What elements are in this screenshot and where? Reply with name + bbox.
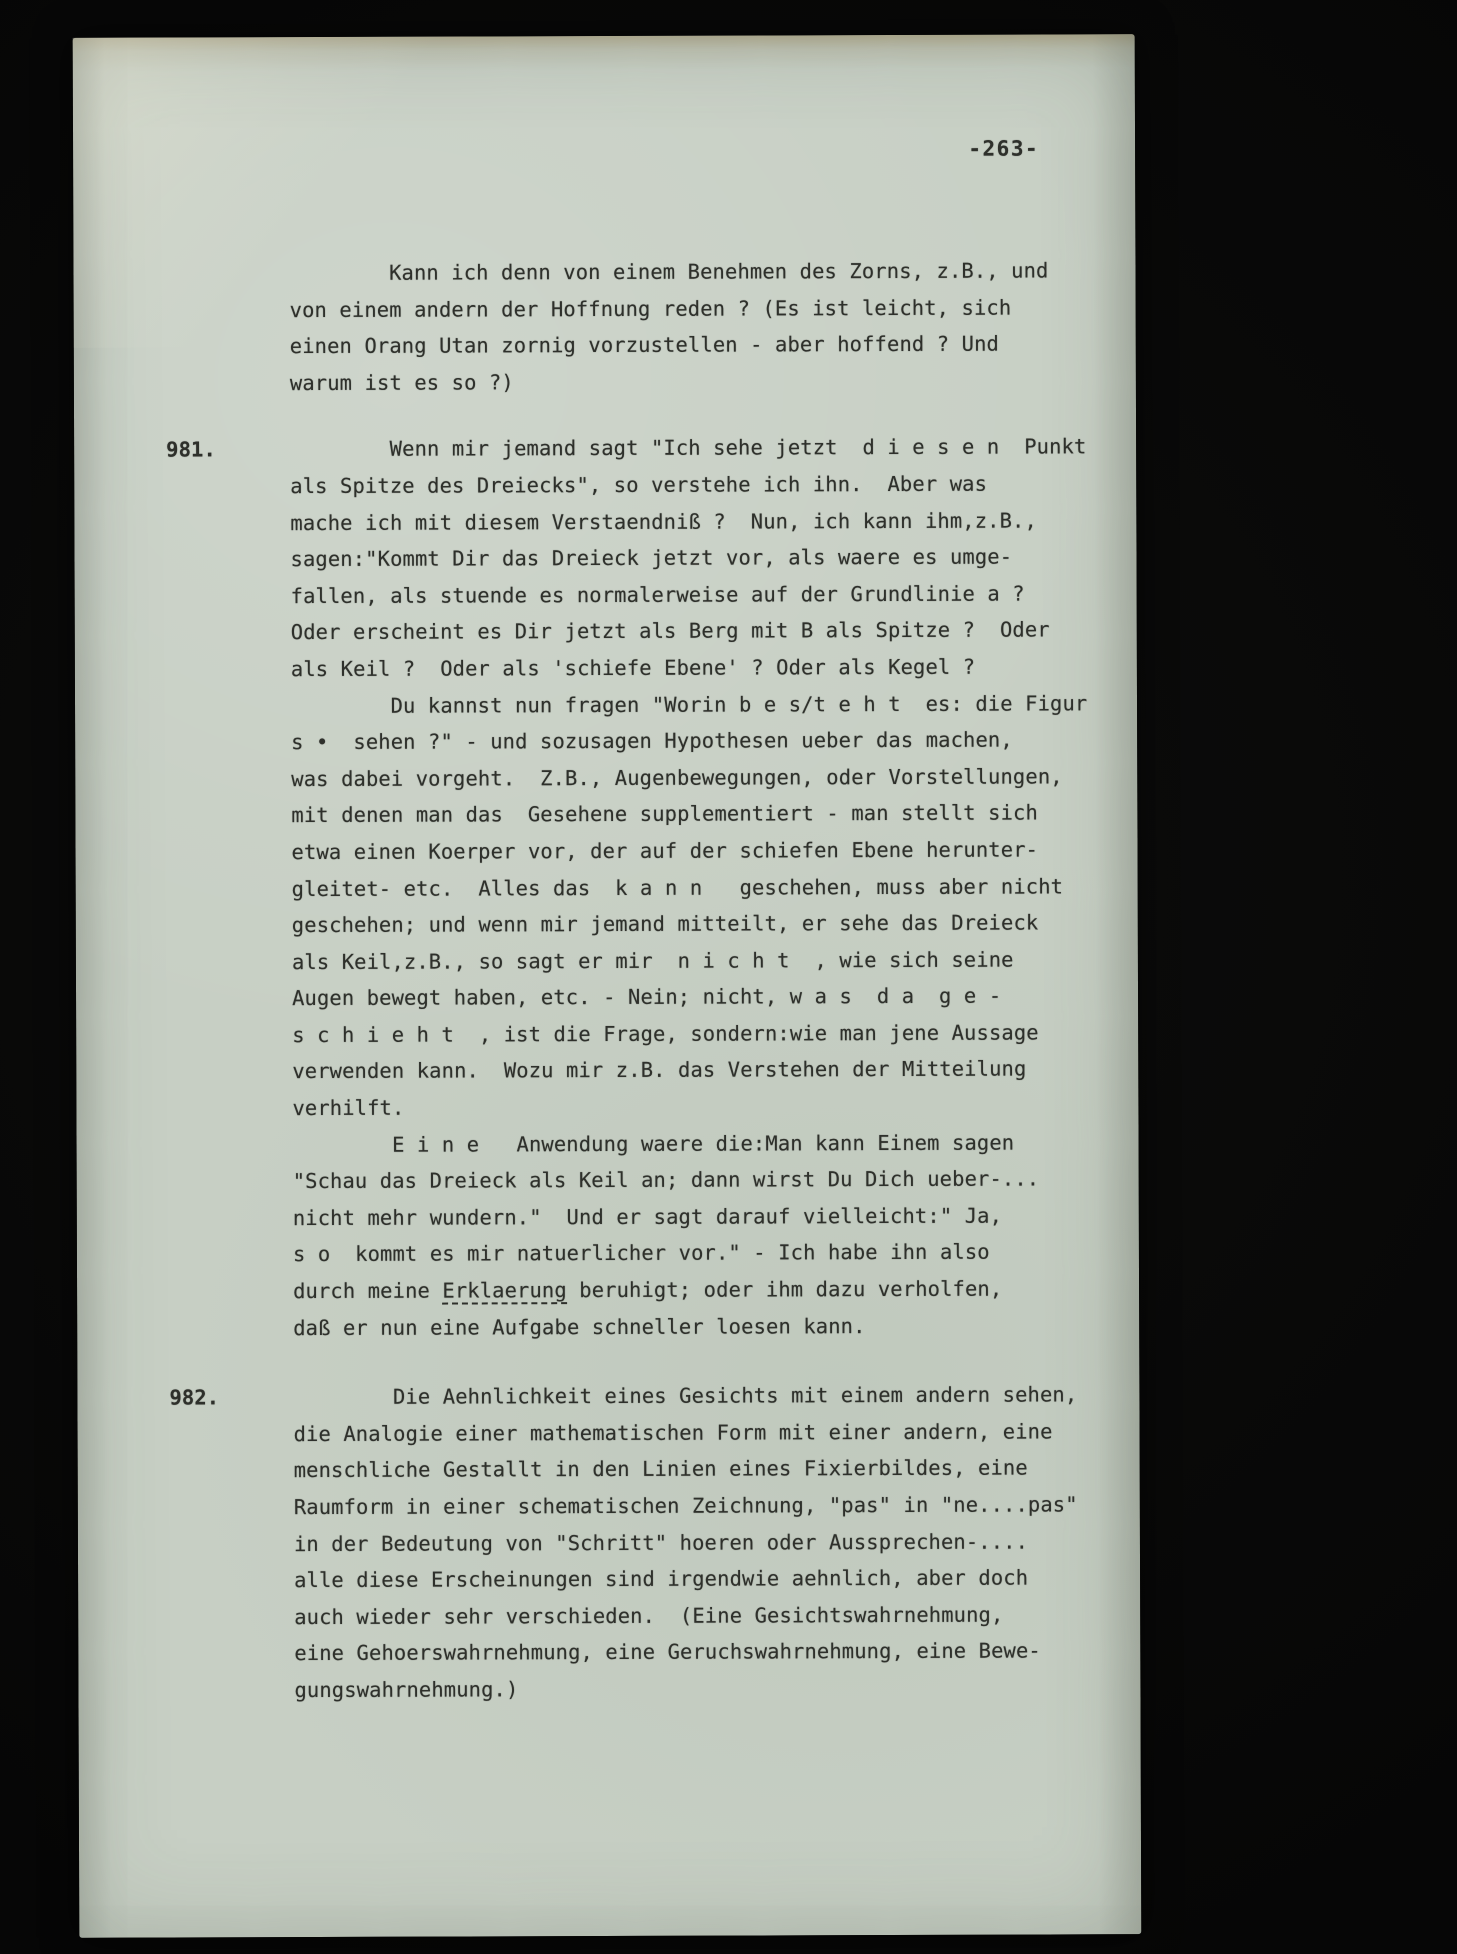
text-line: mache ich mit diesem Verstaendniß ? Nun,… — [290, 502, 1090, 541]
text-line: gungswahrnehmung.) — [294, 1669, 1094, 1708]
paragraph-block: Kann ich denn von einem Benehmen des Zor… — [289, 252, 1090, 401]
text-line: durch meine Erklaerung beruhigt; oder ih… — [293, 1270, 1093, 1309]
text-line: mit denen man das Gesehene supplementier… — [291, 795, 1091, 834]
text-line: was dabei vorgeht. Z.B., Augenbewegungen… — [291, 758, 1091, 797]
text-line: eine Gehoerswahrnehmung, eine Geruchswah… — [294, 1633, 1094, 1672]
text-line: als Keil ? Oder als 'schiefe Ebene' ? Od… — [291, 648, 1091, 687]
text-line: Wenn mir jemand sagt "Ich sehe jetzt d i… — [290, 429, 1090, 468]
paragraph-block-981: 981. Wenn mir jemand sagt "Ich sehe jetz… — [290, 429, 1093, 1347]
text-line: einen Orang Utan zornig vorzustellen - a… — [290, 325, 1090, 364]
text-line: etwa einen Koerper vor, der auf der schi… — [291, 831, 1091, 870]
text-line: Du kannst nun fragen "Worin b e s/t e h … — [291, 685, 1091, 724]
text-line: Die Aehnlichkeit eines Gesichts mit eine… — [293, 1377, 1093, 1416]
text-line: von einem andern der Hoffnung reden ? (E… — [290, 289, 1090, 328]
text-line: s o kommt es mir natuerlicher vor." - Ic… — [293, 1234, 1093, 1273]
text-line: in der Bedeutung von "Schritt" hoeren od… — [294, 1523, 1094, 1562]
page-number: -263- — [968, 136, 1039, 160]
text-line: auch wieder sehr verschieden. (Eine Gesi… — [294, 1596, 1094, 1635]
paragraph-block-982: 982. Die Aehnlichkeit eines Gesichts mit… — [293, 1377, 1094, 1709]
section-number-981: 981. — [166, 432, 216, 469]
text-line: verhilft. — [292, 1087, 1092, 1126]
text-line: alle diese Erscheinungen sind irgendwie … — [294, 1559, 1094, 1598]
text-line: als Keil,z.B., so sagt er mir n i c h t … — [292, 941, 1092, 980]
text-line: sagen:"Kommt Dir das Dreieck jetzt vor, … — [290, 538, 1090, 577]
text-line: als Spitze des Dreiecks", so verstehe ic… — [290, 465, 1090, 504]
text-line: menschliche Gestallt in den Linien eines… — [294, 1450, 1094, 1489]
text-line: warum ist es so ?) — [290, 362, 1090, 401]
paragraph-lines: Die Aehnlichkeit eines Gesichts mit eine… — [293, 1377, 1094, 1709]
paragraph-lines: Kann ich denn von einem Benehmen des Zor… — [289, 252, 1090, 401]
text-line: Augen bewegt haben, etc. - Nein; nicht, … — [292, 978, 1092, 1017]
text-line: verwenden kann. Wozu mir z.B. das Verste… — [292, 1051, 1092, 1090]
text-line: Oder erscheint es Dir jetzt als Berg mit… — [291, 612, 1091, 651]
text-line: s c h i e h t , ist die Frage, sondern:w… — [292, 1014, 1092, 1053]
text-line: "Schau das Dreieck als Keil an; dann wir… — [293, 1161, 1093, 1200]
document-page: -263- Kann ich denn von einem Benehmen d… — [73, 34, 1142, 1938]
text-line: E i n e Anwendung waere die:Man kann Ein… — [292, 1124, 1092, 1163]
text-line: geschehen; und wenn mir jemand mitteilt,… — [292, 904, 1092, 943]
text-line: fallen, als stuende es normalerweise auf… — [291, 575, 1091, 614]
text-line: nicht mehr wundern." Und er sagt darauf … — [293, 1197, 1093, 1236]
text-line: die Analogie einer mathematischen Form m… — [293, 1413, 1093, 1452]
text-line: daß er nun eine Aufgabe schneller loesen… — [293, 1307, 1093, 1346]
page-body: Kann ich denn von einem Benehmen des Zor… — [289, 252, 1094, 1708]
text-line: Raumform in einer schematischen Zeichnun… — [294, 1486, 1094, 1525]
text-line: Kann ich denn von einem Benehmen des Zor… — [289, 252, 1089, 291]
section-number-982: 982. — [169, 1380, 219, 1417]
text-line: gleitet- etc. Alles das k a n n geschehe… — [292, 868, 1092, 907]
paragraph-lines: Wenn mir jemand sagt "Ich sehe jetzt d i… — [290, 429, 1093, 1347]
underlined-word: Erklaerung — [442, 1278, 567, 1304]
text-line: s • sehen ?" - und sozusagen Hypothesen … — [291, 721, 1091, 760]
